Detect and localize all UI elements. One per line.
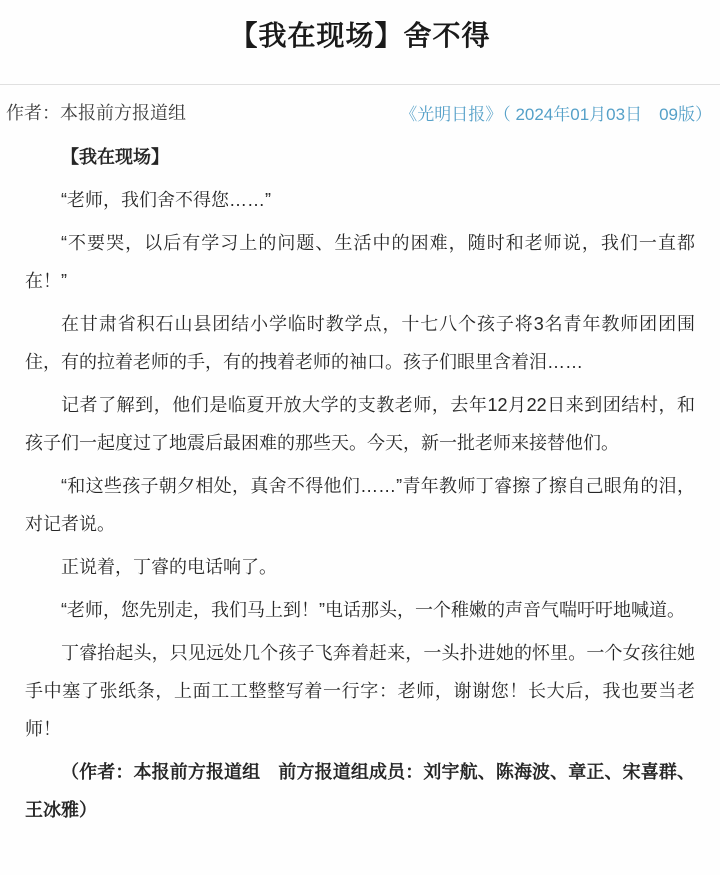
article-body: 【我在现场】 “老师，我们舍不得您……” “不要哭，以后有学习上的问题、生活中的… bbox=[0, 138, 720, 829]
article-paragraph: 正说着，丁睿的电话响了。 bbox=[25, 548, 695, 586]
article-page: 【我在现场】舍不得 作者：本报前方报道组 《光明日报》（ 2024年01月03日… bbox=[0, 0, 720, 875]
article-paragraph: “老师，您先别走，我们马上到！”电话那头，一个稚嫩的声音气喘吁吁地喊道。 bbox=[25, 591, 695, 629]
article-paragraph: 丁睿抬起头，只见远处几个孩子飞奔着赶来，一头扑进她的怀里。一个女孩往她手中塞了张… bbox=[25, 634, 695, 748]
article-paragraph: “和这些孩子朝夕相处，真舍不得他们……”青年教师丁睿擦了擦自己眼角的泪，对记者说… bbox=[25, 467, 695, 543]
header-divider bbox=[0, 84, 720, 85]
article-paragraph: “老师，我们舍不得您……” bbox=[25, 181, 695, 219]
article-paragraph: 在甘肃省积石山县团结小学临时教学点，十七八个孩子将3名青年教师团团围住，有的拉着… bbox=[25, 305, 695, 381]
author-label: 作者：本报前方报道组 bbox=[6, 99, 186, 125]
page-title: 【我在现场】舍不得 bbox=[0, 0, 720, 56]
article-paragraph: 记者了解到，他们是临夏开放大学的支教老师，去年12月22日来到团结村，和孩子们一… bbox=[25, 386, 695, 462]
section-tag: 【我在现场】 bbox=[25, 138, 695, 176]
source-link[interactable]: 《光明日报》（ 2024年01月03日 09版） bbox=[400, 100, 712, 125]
article-byline: （作者：本报前方报道组 前方报道组成员：刘宇航、陈海波、章正、宋喜群、王冰雅） bbox=[25, 753, 695, 829]
article-paragraph: “不要哭，以后有学习上的问题、生活中的困难，随时和老师说，我们一直都在！” bbox=[25, 224, 695, 300]
meta-bar: 作者：本报前方报道组 《光明日报》（ 2024年01月03日 09版） bbox=[0, 100, 720, 124]
